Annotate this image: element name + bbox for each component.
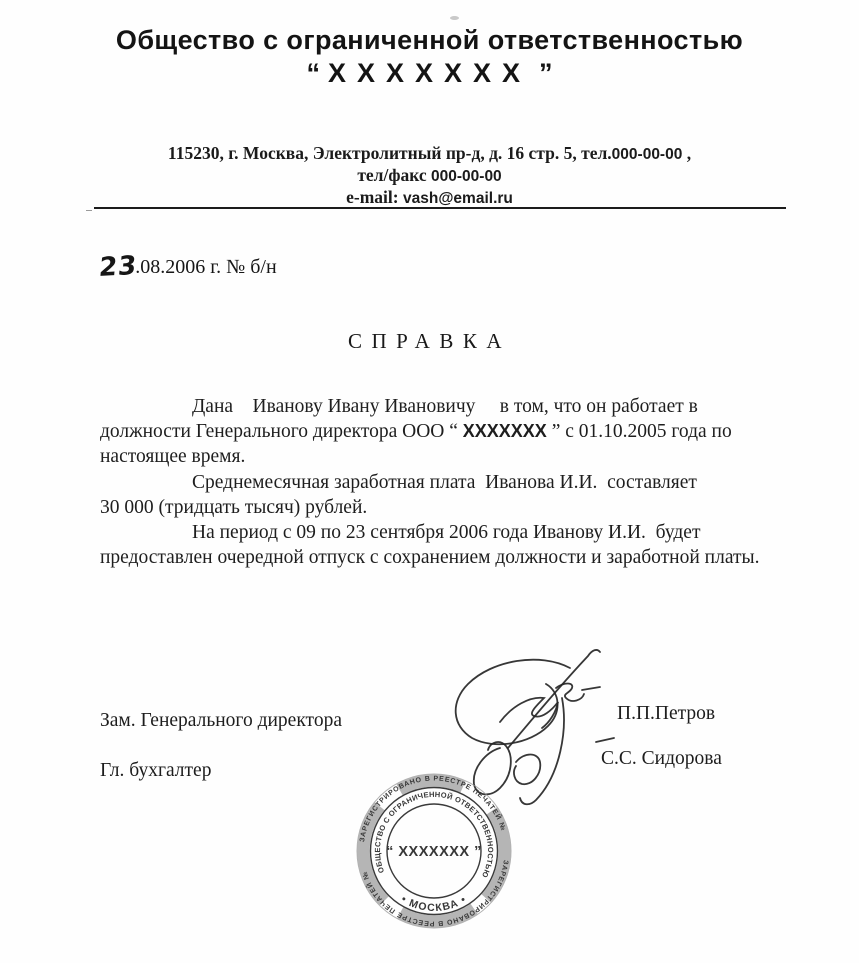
phone-number: 000-00-00: [612, 146, 683, 163]
body-line: Среднемесячная заработная плата Иванова …: [100, 470, 760, 495]
contact-block: 115230, г. Москва, Электролитный пр-д, д…: [0, 143, 859, 209]
fax-line: тел/факс 000-00-00: [0, 165, 859, 187]
scanned-certificate-document: Общество с ограниченной ответственностью…: [0, 0, 859, 963]
body-line: должности Генерального директора ООО “ Х…: [100, 419, 760, 444]
scan-artifact: [450, 16, 459, 20]
signer-position-chief-accountant: Гл. бухгалтер: [100, 760, 211, 782]
body-line: 30 000 (тридцать тысяч) рублей.: [100, 495, 760, 520]
address-text: 115230, г. Москва, Электролитный пр-д, д…: [168, 143, 612, 163]
org-name-line: “ХХХХХХХ”: [0, 57, 859, 89]
fax-number: 000-00-00: [431, 168, 502, 185]
company-seal: ЗАРЕГИСТРИРОВАНО В РЕЕСТРЕ ПЕЧАТЕЙ № ЗАР…: [349, 766, 519, 936]
body-text: ” с 01.10.2005 года по: [547, 421, 732, 442]
body-text: должности Генерального директора ООО “: [100, 421, 463, 442]
body-line: предоставлен очередной отпуск с сохранен…: [100, 545, 760, 570]
body-line: На период с 09 по 23 сентября 2006 года …: [100, 520, 760, 545]
body-line: настоящее время.: [100, 444, 760, 469]
company-name-inline: ХХХХХХХ: [463, 421, 547, 441]
date-number-line: 23.08.2006 г. № б/н: [99, 252, 277, 282]
date-number-text: .08.2006 г. № б/н: [135, 256, 276, 278]
org-type-line: Общество с ограниченной ответственностью: [0, 24, 859, 56]
handwritten-day: 23: [98, 251, 139, 283]
fax-label: тел/факс: [357, 165, 431, 185]
seal-center-company-name: “ ХХХХХХХ ”: [386, 844, 482, 860]
document-title: СПРАВКА: [0, 329, 859, 354]
open-quote: “: [306, 58, 320, 88]
close-quote: ”: [539, 58, 553, 88]
address-line: 115230, г. Москва, Электролитный пр-д, д…: [0, 143, 859, 165]
signer-name-petrov: П.П.Петров: [617, 703, 715, 725]
address-tail: ,: [682, 143, 691, 163]
letterhead: Общество с ограниченной ответственностью…: [0, 24, 859, 89]
body-line: Дана Иванову Ивану Ивановичу в том, что …: [100, 394, 760, 419]
signature-petrov: [456, 650, 600, 748]
letterhead-divider: [94, 207, 786, 209]
email-label: e-mail:: [346, 187, 403, 207]
signer-position-deputy-director: Зам. Генерального директора: [100, 710, 342, 732]
email-address: vash@email.ru: [403, 190, 513, 207]
document-body: Дана Иванову Ивану Ивановичу в том, что …: [100, 394, 760, 570]
email-line: e-mail: vash@email.ru: [0, 187, 859, 209]
company-name: ХХХХХХХ: [328, 58, 531, 88]
